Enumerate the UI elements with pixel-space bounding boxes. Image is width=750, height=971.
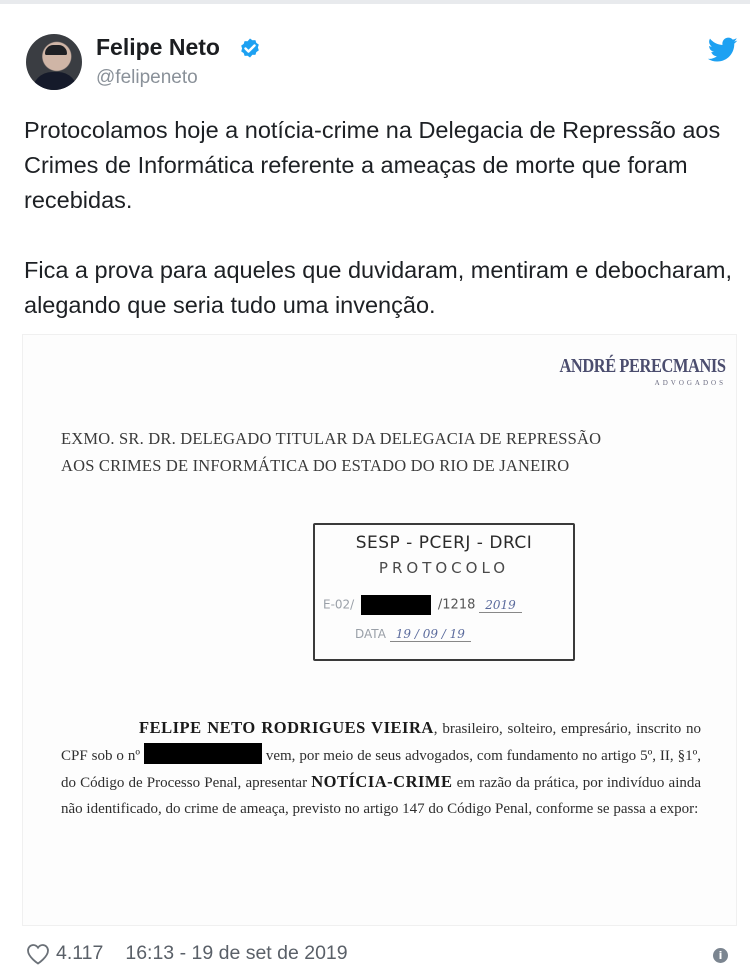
tweet-timestamp[interactable]: 16:13 - 19 de set de 2019 <box>125 942 347 965</box>
tweet-paragraph-2: Fica a prova para aqueles que duvidaram,… <box>24 253 744 323</box>
redaction-bar <box>361 595 431 615</box>
complainant-name: FELIPE NETO RODRIGUES VIEIRA <box>139 718 434 737</box>
stamp-date-row: DATA 19 / 09 / 19 <box>355 627 471 641</box>
protocol-stamp: SESP - PCERJ - DRCI PROTOCOLO E-02/ /121… <box>313 523 575 661</box>
stamp-agency: SESP - PCERJ - DRCI <box>315 533 573 553</box>
stamp-year: 2019 <box>479 598 522 613</box>
avatar-shirt <box>32 72 78 90</box>
document-addressee: EXMO. SR. DR. DELEGADO TITULAR DA DELEGA… <box>61 425 601 479</box>
tweet-paragraph-1: Protocolamos hoje a notícia-crime na Del… <box>24 113 744 218</box>
addressee-line-1: EXMO. SR. DR. DELEGADO TITULAR DA DELEGA… <box>61 425 601 452</box>
like-count[interactable]: 4.117 <box>56 942 103 965</box>
avatar-hair <box>45 45 67 55</box>
stamp-protocol-number: E-02/ /1218 2019 <box>323 595 522 615</box>
tweet-footer: 4.117 16:13 - 19 de set de 2019 <box>26 942 348 965</box>
firm-subtitle: ADVOGADOS <box>523 379 726 387</box>
stamp-number: /1218 <box>438 598 475 613</box>
stamp-title: PROTOCOLO <box>315 559 573 577</box>
stamp-prefix: E-02/ <box>323 598 354 612</box>
author-name[interactable]: Felipe Neto <box>96 34 220 61</box>
document-body: FELIPE NETO RODRIGUES VIEIRA, brasileiro… <box>61 715 701 822</box>
attached-document-image[interactable]: ANDRÉ PERECMANIS ADVOGADOS EXMO. SR. DR.… <box>22 334 737 926</box>
twitter-bird-icon[interactable] <box>708 37 738 63</box>
stamp-date: 19 / 09 / 19 <box>390 627 471 642</box>
tweet-text: Protocolamos hoje a notícia-crime na Del… <box>24 113 744 323</box>
firm-name: ANDRÉ PERECMANIS <box>560 355 726 378</box>
stamp-date-label: DATA <box>355 627 386 641</box>
info-icon[interactable]: i <box>713 948 728 963</box>
top-divider <box>0 0 750 4</box>
noticia-crime-heading: NOTÍCIA-CRIME <box>311 772 452 791</box>
author-handle[interactable]: @felipeneto <box>96 67 198 89</box>
addressee-line-2: AOS CRIMES DE INFORMÁTICA DO ESTADO DO R… <box>61 452 601 479</box>
verified-badge-icon <box>238 37 262 61</box>
law-firm-logo: ANDRÉ PERECMANIS ADVOGADOS <box>523 355 726 387</box>
cpf-redaction-bar <box>144 743 262 764</box>
heart-icon[interactable] <box>26 943 50 965</box>
avatar[interactable] <box>26 34 82 90</box>
